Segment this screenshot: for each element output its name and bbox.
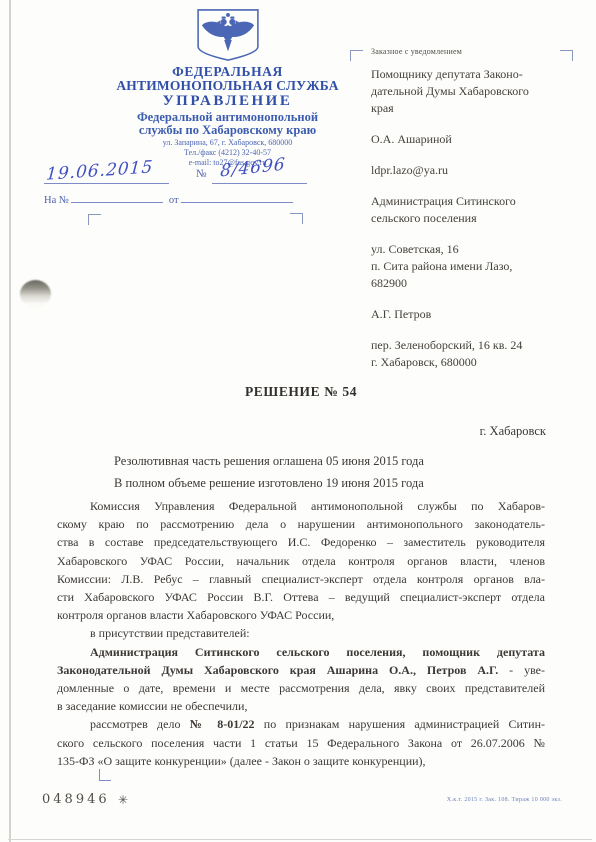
recipient-block: О.А. Ашариной <box>371 131 571 148</box>
mail-class-note: Заказное с уведомлением <box>371 47 462 56</box>
recipient-line: п. Сита района имени Лазо, <box>371 258 571 275</box>
corner-mark-stamp-right-icon <box>290 213 303 224</box>
corner-mark-address-left-icon <box>350 50 363 61</box>
recipient-blocks: Помощнику депутата Законо-дательной Думы… <box>371 66 571 385</box>
recipient-line: Помощнику депутата Законо- <box>371 66 571 83</box>
recipient-line: пер. Зеленоборский, 16 кв. 24 <box>371 337 571 354</box>
body-text-segment: Хабаровского УФАС России, начальник отде… <box>57 554 545 568</box>
ot-label: от <box>169 195 179 206</box>
scan-edge-bottom <box>8 839 592 840</box>
russia-coat-of-arms-icon <box>194 8 262 62</box>
reference-line: На №от <box>44 192 293 206</box>
body-paragraph: в присутствии представителей: <box>57 624 545 642</box>
body-text-segment: домленные о дате, времени и месте рассмо… <box>57 681 545 695</box>
body-line: Администрация Ситинского сельского посел… <box>57 643 545 661</box>
scan-edge-left <box>9 0 11 842</box>
decision-place: г. Хабаровск <box>480 424 546 439</box>
recipient-line: О.А. Ашариной <box>371 131 571 148</box>
body-text-segment: ского сельского поселения части 1 статьи… <box>57 736 545 750</box>
org-name-line-1: ФЕДЕРАЛЬНАЯ <box>95 65 360 79</box>
body-paragraph: Комиссия Управления Федеральной антимоно… <box>57 497 545 624</box>
full-made-line: В полном объеме решение изготовлено 19 и… <box>114 473 424 495</box>
body-text-bold: № 8-01/22 <box>190 717 255 731</box>
recipient-block: Администрация Ситинскогосельского поселе… <box>371 193 571 227</box>
recipient-line: А.Г. Петров <box>371 306 571 323</box>
org-name-line-3: УПРАВЛЕНИЕ <box>95 93 360 109</box>
body-line: в заседание комиссии не обеспечили, <box>57 697 545 715</box>
org-subname-line-2: службы по Хабаровскому краю <box>95 124 360 137</box>
recipient-line: края <box>371 100 571 117</box>
body-text-segment: - уве- <box>498 663 545 677</box>
decision-title: РЕШЕНИЕ № 54 <box>57 384 545 400</box>
decision-intro: Резолютивная часть решения оглашена 05 и… <box>114 451 424 494</box>
body-text-segment: 135-ФЗ «О защите конкуренции» (далее - З… <box>57 754 426 768</box>
date-field-rule <box>44 182 169 184</box>
document-page: ФЕДЕРАЛЬНАЯ АНТИМОНОПОЛЬНАЯ СЛУЖБА УПРАВ… <box>0 0 596 842</box>
body-line: 135-ФЗ «О защите конкуренции» (далее - З… <box>57 752 545 770</box>
body-line: рассмотрев дело № 8-01/22 по признакам н… <box>57 715 545 733</box>
recipient-line: ldpr.lazo@ya.ru <box>371 162 571 179</box>
recipient-line: дательной Думы Хабаровского <box>371 83 571 100</box>
handwritten-date: 19.06.2015 <box>45 157 153 185</box>
recipient-block: ldpr.lazo@ya.ru <box>371 162 571 179</box>
na-no-field-rule <box>71 192 163 203</box>
body-text-segment: ства в составе председательствующего И.С… <box>57 535 545 549</box>
body-line: сти Хабаровского УФАС России В.Г. Оттева… <box>57 588 545 606</box>
corner-mark-stamp-left-icon <box>88 214 101 225</box>
header-address: ул. Запарина, 67, г. Хабаровск, 680000 <box>95 138 360 147</box>
recipient-line: 682900 <box>371 275 571 292</box>
body-line: домленные о дате, времени и месте рассмо… <box>57 679 545 697</box>
recipient-line: сельского поселения <box>371 210 571 227</box>
hole-punch-mark <box>20 280 51 308</box>
form-number: 048946 <box>42 792 110 807</box>
recipient-line: Администрация Ситинского <box>371 193 571 210</box>
recipient-block: пер. Зеленоборский, 16 кв. 24г. Хабаровс… <box>371 337 571 371</box>
recipient-block: А.Г. Петров <box>371 306 571 323</box>
body-line: Законодательной Думы Хабаровского края А… <box>57 661 545 679</box>
body-line: скому краю по рассмотрению дела о наруше… <box>57 515 545 533</box>
letterhead: ФЕДЕРАЛЬНАЯ АНТИМОНОПОЛЬНАЯ СЛУЖБА УПРАВ… <box>95 8 360 167</box>
corner-mark-footer-icon <box>99 769 111 781</box>
org-name-line-2: АНТИМОНОПОЛЬНАЯ СЛУЖБА <box>95 79 360 93</box>
body-text-segment: скому краю по рассмотрению дела о наруше… <box>57 517 545 531</box>
body-line: Хабаровского УФАС России, начальник отде… <box>57 552 545 570</box>
asterisk-mark-icon: ✳ <box>118 793 128 808</box>
recipient-line: г. Хабаровск, 680000 <box>371 354 571 371</box>
na-no-label: На № <box>44 195 69 206</box>
body-text-bold: Законодательной Думы Хабаровского края А… <box>57 663 498 677</box>
recipient-line: ул. Советская, 16 <box>371 241 571 258</box>
number-field-rule <box>212 182 307 184</box>
body-text-segment: контроля органов власти Хабаровского УФА… <box>57 608 334 622</box>
recipient-block: Помощнику депутата Законо-дательной Думы… <box>371 66 571 117</box>
print-order-note: Х.к.т. 2015 г. Зак. 108. Тираж 10 000 эк… <box>447 797 562 803</box>
body-line: Комиссия Управления Федеральной антимоно… <box>57 497 545 515</box>
body-paragraph: Администрация Ситинского сельского посел… <box>57 643 545 716</box>
body-line: ского сельского поселения части 1 статьи… <box>57 734 545 752</box>
body-text-segment: по признакам нарушения администрацией Си… <box>255 717 545 731</box>
ot-field-rule <box>181 192 293 203</box>
body-line: контроля органов власти Хабаровского УФА… <box>57 606 545 624</box>
body-line: ства в составе председательствующего И.С… <box>57 533 545 551</box>
body-text-segment: сти Хабаровского УФАС России В.Г. Оттева… <box>57 590 545 604</box>
announced-line: Резолютивная часть решения оглашена 05 и… <box>114 451 424 473</box>
body-line: Комиссии: Л.В. Ребус – главный специалис… <box>57 570 545 588</box>
body-text-bold: Администрация Ситинского сельского посел… <box>90 645 545 659</box>
body-text-segment: Комиссии: Л.В. Ребус – главный специалис… <box>57 572 545 586</box>
body-text-segment: в присутствии представителей: <box>90 626 250 640</box>
body-paragraph: рассмотрев дело № 8-01/22 по признакам н… <box>57 715 545 770</box>
recipient-block: ул. Советская, 16п. Сита района имени Ла… <box>371 241 571 292</box>
body-line: в присутствии представителей: <box>57 624 545 642</box>
header-phone: Тел./факс (4212) 32-40-57 <box>95 148 360 157</box>
corner-mark-address-right-icon <box>560 50 573 61</box>
body-text-segment: рассмотрев дело <box>90 717 190 731</box>
body-text-segment: Комиссия Управления Федеральной антимоно… <box>90 499 545 513</box>
body-text-segment: в заседание комиссии не обеспечили, <box>57 699 247 713</box>
number-sign: № <box>196 168 207 180</box>
decision-body: Комиссия Управления Федеральной антимоно… <box>57 497 545 770</box>
